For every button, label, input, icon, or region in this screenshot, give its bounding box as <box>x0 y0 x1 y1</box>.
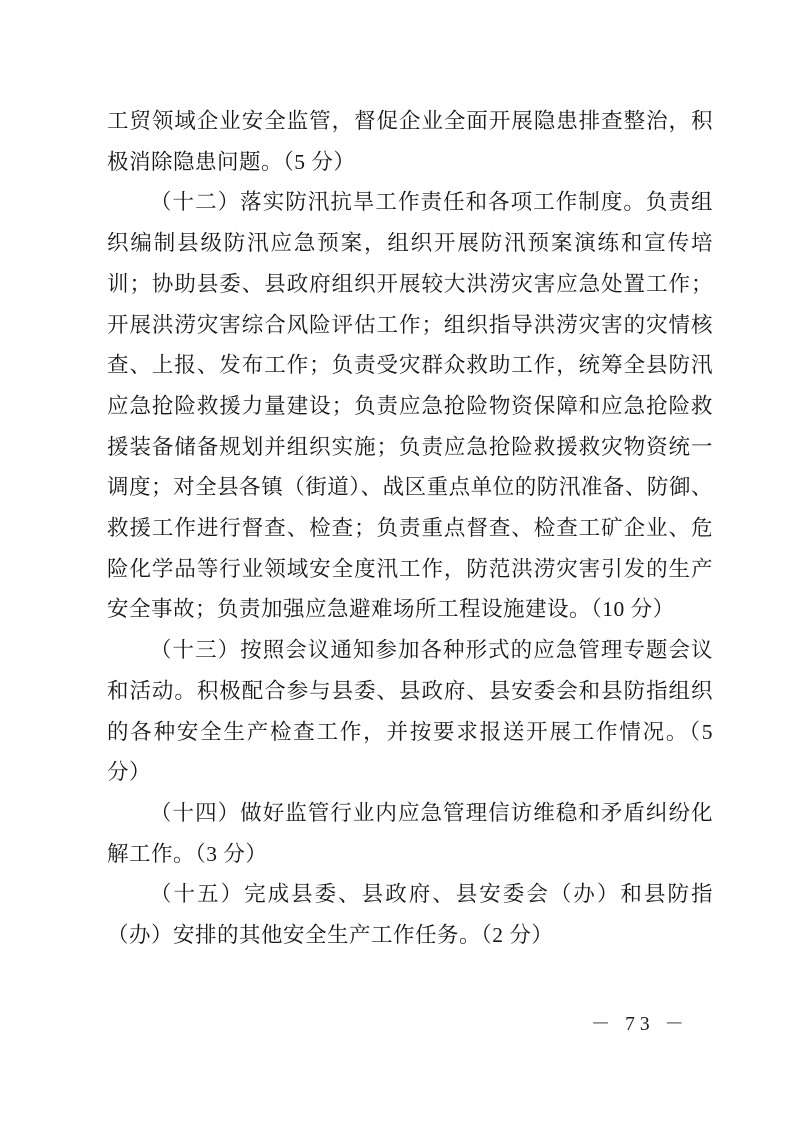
paragraph-item-12: （十二）落实防汛抗旱工作责任和各项工作制度。负责组织编制县级防汛应急预案，组织开… <box>107 182 713 630</box>
page-number: － 73 － <box>591 1008 689 1036</box>
paragraph-item-14: （十四）做好监管行业内应急管理信访维稳和矛盾纠纷化解工作。（3 分） <box>107 793 713 874</box>
document-page: 工贸领域企业安全监管，督促企业全面开展隐患排查整治，积极消除隐患问题。（5 分）… <box>0 0 793 1122</box>
paragraph-item-15: （十五）完成县委、县政府、县安委会（办）和县防指（办）安排的其他安全生产工作任务… <box>107 874 713 955</box>
document-body: 工贸领域企业安全监管，督促企业全面开展隐患排查整治，积极消除隐患问题。（5 分）… <box>107 101 713 956</box>
paragraph-item-13: （十三）按照会议通知参加各种形式的应急管理专题会议和活动。积极配合参与县委、县政… <box>107 630 713 793</box>
paragraph-continuation: 工贸领域企业安全监管，督促企业全面开展隐患排查整治，积极消除隐患问题。（5 分） <box>107 101 713 182</box>
